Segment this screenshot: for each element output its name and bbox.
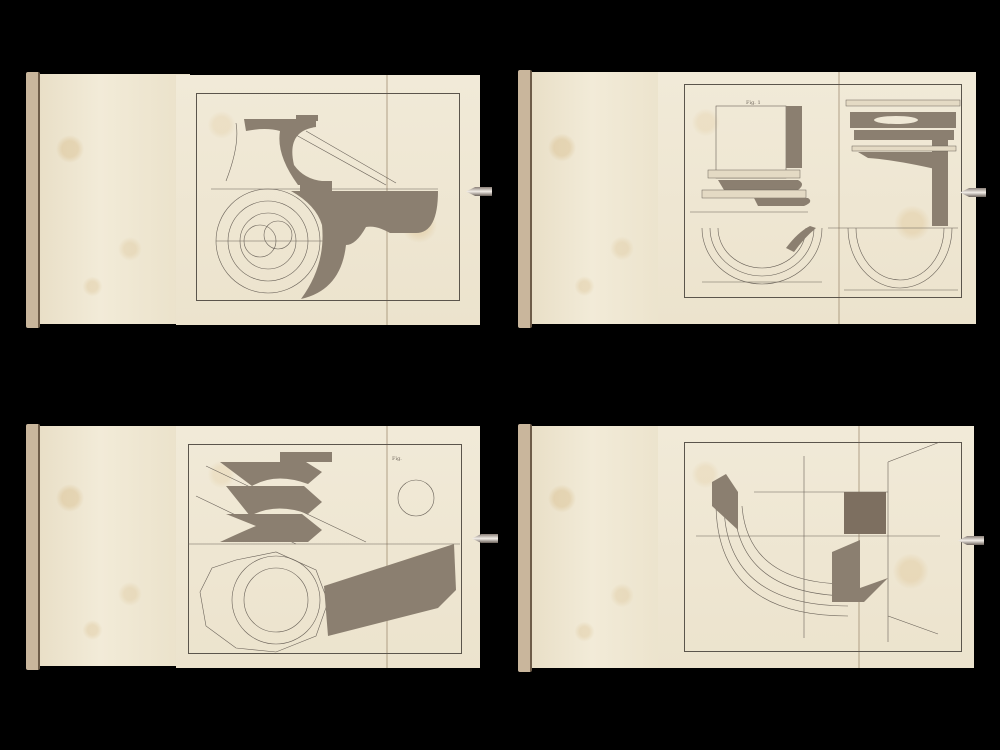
capital-shadow-drawing <box>176 75 480 325</box>
book-cover-edge <box>518 424 532 672</box>
engraved-plate: Fig. 1 Fig. 2 <box>658 72 976 324</box>
engraved-plate: Fig. <box>176 426 480 668</box>
blank-leaf <box>40 426 190 666</box>
blank-leaf <box>40 74 190 324</box>
spread-top-left <box>26 72 486 328</box>
molding-shadow-drawing <box>176 426 480 668</box>
engraved-plate <box>176 75 480 325</box>
spread-bottom-left: Fig. <box>26 424 492 670</box>
book-cover-edge <box>26 72 40 328</box>
book-cover-edge <box>26 424 40 670</box>
engraved-plate <box>658 426 974 668</box>
block-shadow-drawing <box>658 426 974 668</box>
spread-top-right: Fig. 1 Fig. 2 <box>518 70 988 328</box>
spread-bottom-right <box>518 424 984 672</box>
book-cover-edge <box>518 70 532 328</box>
column-shadow-drawing <box>658 72 976 324</box>
